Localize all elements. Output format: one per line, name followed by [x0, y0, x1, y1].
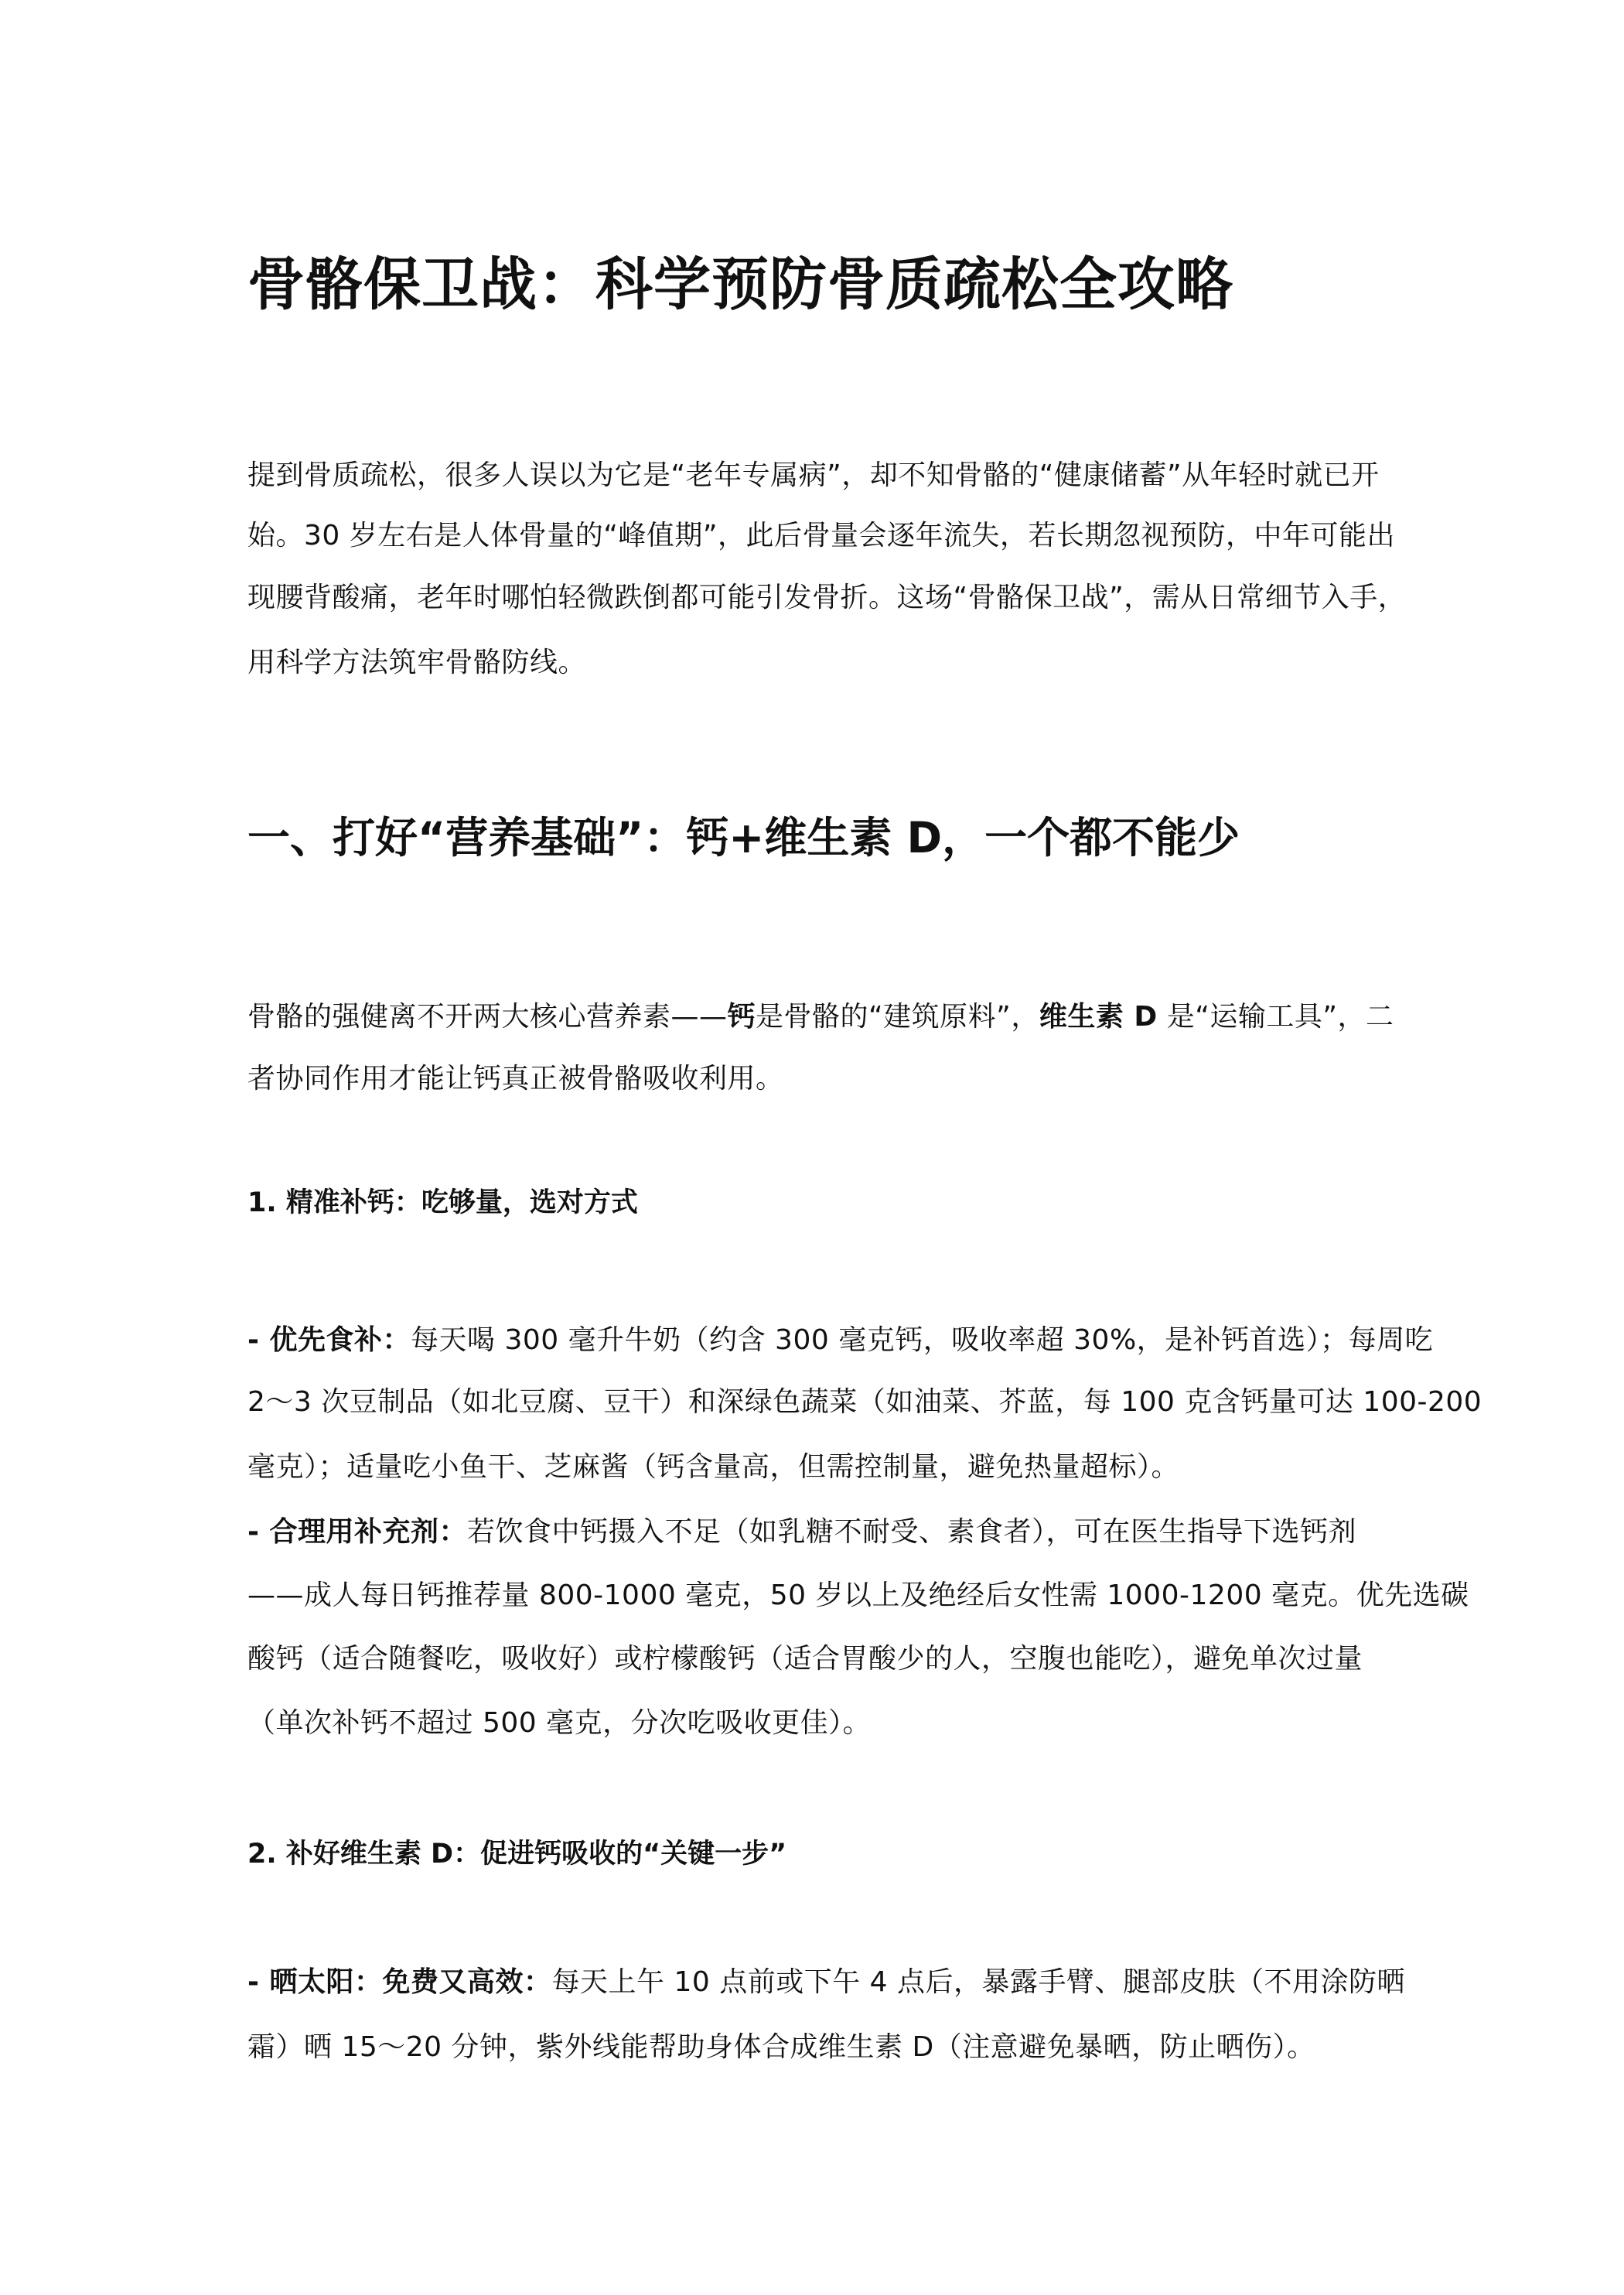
bullet-line: 2～3 次豆制品（如北豆腐、豆干）和深绿色蔬菜（如油菜、芥蓝，每 100 克含钙…	[247, 1379, 1407, 1426]
paragraph-line: 骨骼的强健离不开两大核心营养素——钙是骨骼的“建筑原料”，维生素 D 是“运输工…	[247, 994, 1407, 1040]
vitamin-d-bold-term: 维生素 D	[1039, 1001, 1158, 1033]
intro-line: 现腰背酸痛，老年时哪怕轻微跌倒都可能引发骨折。这场“骨骼保卫战”，需从日常细节入…	[247, 575, 1407, 621]
paragraph-line: 者协同作用才能让钙真正被骨骼吸收利用。	[247, 1056, 1407, 1102]
bullet-dash: -	[247, 1966, 269, 1998]
text-segment: 是骨骼的“建筑原料”，	[756, 1001, 1039, 1033]
bullet-label: 晒太阳：免费又高效：	[269, 1966, 551, 1998]
intro-line: 提到骨质疏松，很多人误以为它是“老年专属病”，却不知骨骼的“健康储蓄”从年轻时就…	[247, 453, 1407, 499]
bullet-line: 毫克）；适量吃小鱼干、芝麻酱（钙含量高，但需控制量，避免热量超标）。	[247, 1444, 1407, 1491]
bullet-line: - 合理用补充剂：若饮食中钙摄入不足（如乳糖不耐受、素食者），可在医生指导下选钙…	[247, 1509, 1407, 1556]
intro-line: 始。30 岁左右是人体骨量的“峰值期”，此后骨量会逐年流失，若长期忽视预防，中年…	[247, 513, 1407, 559]
bullet-label: 合理用补充剂：	[269, 1516, 467, 1548]
calcium-bold-term: 钙	[728, 1001, 756, 1033]
bullet-line: 酸钙（适合随餐吃，吸收好）或柠檬酸钙（适合胃酸少的人，空腹也能吃），避免单次过量	[247, 1636, 1407, 1682]
text-segment: 是“运输工具”，二	[1158, 1001, 1394, 1033]
document-page: 骨骼保卫战：科学预防骨质疏松全攻略 提到骨质疏松，很多人误以为它是“老年专属病”…	[0, 0, 1624, 2295]
bullet-label: 优先食补：	[269, 1324, 411, 1356]
bullet-line: （单次补钙不超过 500 毫克，分次吃吸收更佳）。	[247, 1700, 1407, 1747]
bullet-line: 霜）晒 15～20 分钟，紫外线能帮助身体合成维生素 D（注意避免暴晒，防止晒伤…	[247, 2024, 1407, 2071]
bullet-line: ——成人每日钙推荐量 800-1000 毫克，50 岁以上及绝经后女性需 100…	[247, 1573, 1407, 1619]
section-heading-nutrition: 一、打好“营养基础”：钙+维生素 D，一个都不能少	[247, 807, 1407, 869]
bullet-text: 每天喝 300 毫升牛奶（约含 300 毫克钙，吸收率超 30%，是补钙首选）；…	[411, 1324, 1433, 1356]
bullet-dash: -	[247, 1516, 269, 1548]
document-title: 骨骼保卫战：科学预防骨质疏松全攻略	[247, 246, 1407, 323]
subheading-calcium: 1. 精准补钙：吃够量，选对方式	[247, 1180, 1407, 1226]
bullet-line: - 晒太阳：免费又高效：每天上午 10 点前或下午 4 点后，暴露手臂、腿部皮肤…	[247, 1959, 1407, 2006]
intro-line: 用科学方法筑牢骨骼防线。	[247, 640, 1407, 686]
bullet-text: 每天上午 10 点前或下午 4 点后，暴露手臂、腿部皮肤（不用涂防晒	[552, 1966, 1406, 1998]
bullet-line: - 优先食补：每天喝 300 毫升牛奶（约含 300 毫克钙，吸收率超 30%，…	[247, 1317, 1407, 1364]
bullet-text: 若饮食中钙摄入不足（如乳糖不耐受、素食者），可在医生指导下选钙剂	[467, 1516, 1356, 1548]
subheading-vitamin-d: 2. 补好维生素 D：促进钙吸收的“关键一步”	[247, 1831, 1407, 1877]
text-segment: 骨骼的强健离不开两大核心营养素——	[247, 1001, 728, 1033]
bullet-dash: -	[247, 1324, 269, 1356]
